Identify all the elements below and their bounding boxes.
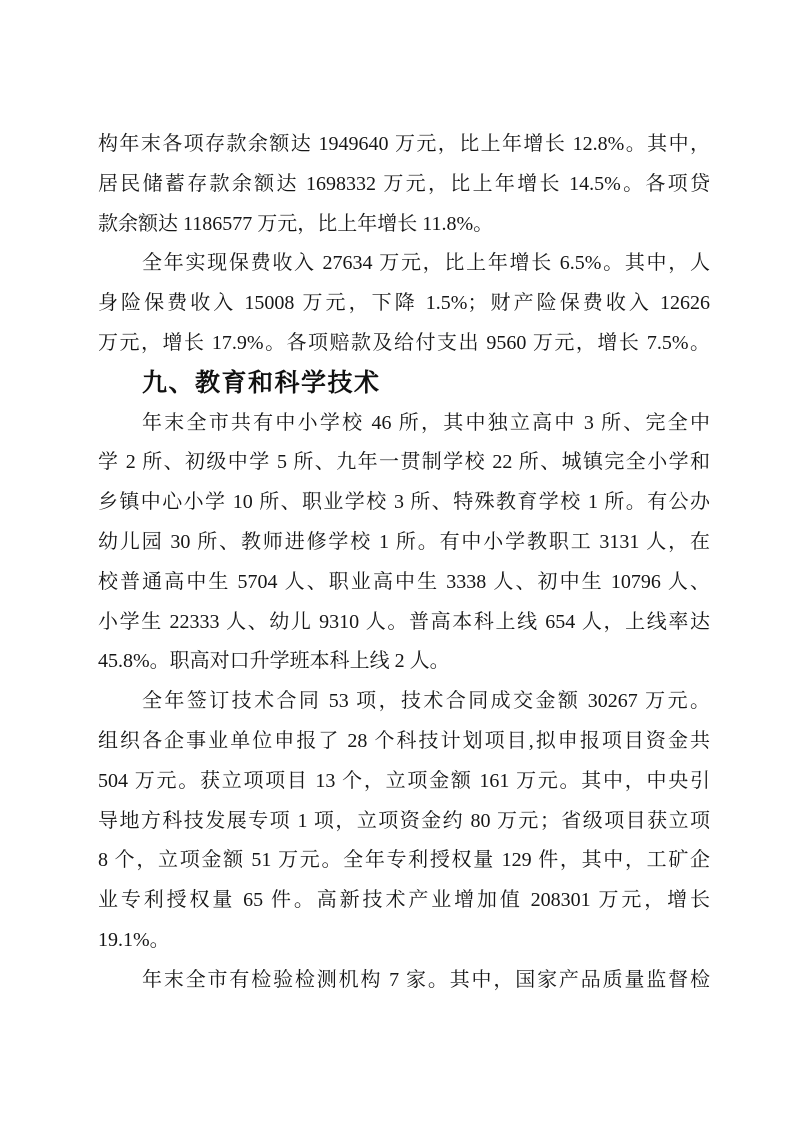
text-line: 19.1%。 bbox=[98, 921, 710, 961]
text-line: 504 万元。获立项项目 13 个，立项金额 161 万元。其中，中央引 bbox=[98, 762, 710, 802]
text-line: 年末全市共有中小学校 46 所，其中独立高中 3 所、完全中 bbox=[98, 404, 710, 444]
text-line: 组织各企事业单位申报了 28 个科技计划项目,拟申报项目资金共 bbox=[98, 722, 710, 762]
paragraph-inspection-testing: 年末全市有检验检测机构 7 家。其中，国家产品质量监督检 bbox=[98, 961, 710, 1001]
section-heading-education-science: 九、教育和科学技术 bbox=[98, 364, 710, 404]
text-line: 构年末各项存款余额达 1949640 万元，比上年增长 12.8%。其中， bbox=[98, 125, 710, 165]
text-line: 8 个，立项金额 51 万元。全年专利授权量 129 件，其中，工矿企 bbox=[98, 841, 710, 881]
text-line: 身险保费收入 15008 万元，下降 1.5%；财产险保费收入 12626 bbox=[98, 284, 710, 324]
paragraph-insurance: 全年实现保费收入 27634 万元，比上年增长 6.5%。其中，人 身险保费收入… bbox=[98, 244, 710, 363]
text-line: 学 2 所、初级中学 5 所、九年一贯制学校 22 所、城镇完全小学和 bbox=[98, 443, 710, 483]
text-line: 全年实现保费收入 27634 万元，比上年增长 6.5%。其中，人 bbox=[98, 244, 710, 284]
text-line: 校普通高中生 5704 人、职业高中生 3338 人、初中生 10796 人、 bbox=[98, 563, 710, 603]
text-line: 45.8%。职高对口升学班本科上线 2 人。 bbox=[98, 642, 710, 682]
text-line: 幼儿园 30 所、教师进修学校 1 所。有中小学教职工 3131 人，在 bbox=[98, 523, 710, 563]
text-line: 年末全市有检验检测机构 7 家。其中，国家产品质量监督检 bbox=[98, 961, 710, 1001]
document-page: 构年末各项存款余额达 1949640 万元，比上年增长 12.8%。其中， 居民… bbox=[0, 0, 793, 1122]
text-line: 万元，增长 17.9%。各项赔款及给付支出 9560 万元，增长 7.5%。 bbox=[98, 324, 710, 364]
text-line: 款余额达 1186577 万元，比上年增长 11.8%。 bbox=[98, 205, 710, 245]
text-line: 乡镇中心小学 10 所、职业学校 3 所、特殊教育学校 1 所。有公办 bbox=[98, 483, 710, 523]
text-line: 小学生 22333 人、幼儿 9310 人。普高本科上线 654 人，上线率达 bbox=[98, 603, 710, 643]
text-line: 导地方科技发展专项 1 项，立项资金约 80 万元；省级项目获立项 bbox=[98, 802, 710, 842]
text-line: 居民储蓄存款余额达 1698332 万元，比上年增长 14.5%。各项贷 bbox=[98, 165, 710, 205]
document-content: 构年末各项存款余额达 1949640 万元，比上年增长 12.8%。其中， 居民… bbox=[98, 125, 710, 1001]
text-line: 全年签订技术合同 53 项，技术合同成交金额 30267 万元。 bbox=[98, 682, 710, 722]
paragraph-science-technology: 全年签订技术合同 53 项，技术合同成交金额 30267 万元。 组织各企事业单… bbox=[98, 682, 710, 961]
text-line: 业专利授权量 65 件。高新技术产业增加值 208301 万元，增长 bbox=[98, 881, 710, 921]
paragraph-bank-deposits: 构年末各项存款余额达 1949640 万元，比上年增长 12.8%。其中， 居民… bbox=[98, 125, 710, 244]
paragraph-education: 年末全市共有中小学校 46 所，其中独立高中 3 所、完全中 学 2 所、初级中… bbox=[98, 404, 710, 683]
